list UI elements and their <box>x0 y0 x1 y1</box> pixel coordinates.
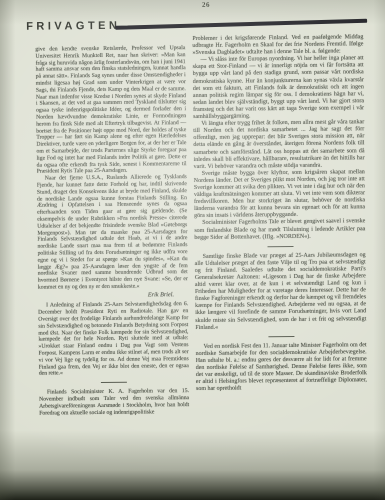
scanned-magazine-page: 26 FRIVAGTEN give den kendte svenske Ret… <box>0 0 385 500</box>
paragraph: Finlands Socialminister K. A. Fagerholm … <box>39 388 189 417</box>
section-divider <box>101 382 127 383</box>
paragraph-quote: — Vi slåss inte för Europas nyordning. V… <box>193 55 365 121</box>
paragraph-continuation: Problemer i det krigsførende Finland. Ve… <box>192 34 363 57</box>
paragraph-quote: Sverige måste bygga över klyftor, som kr… <box>194 169 366 220</box>
paragraph: Samtlige finske Blade var præget af 25-A… <box>195 252 367 332</box>
masthead-rule <box>115 19 367 30</box>
masthead-title: FRIVAGTEN <box>26 20 120 33</box>
left-column: give den kendte svenske Retslærde, Profe… <box>35 45 189 417</box>
paragraph-continuation: give den kendte svenske Retslærde, Profe… <box>35 45 186 176</box>
two-column-text: give den kendte svenske Retslærde, Profe… <box>35 34 367 417</box>
paragraph-quote: Vi längta efter trygg frihet åt folken, … <box>193 119 365 170</box>
author-signature: Erik Briel. <box>38 292 188 300</box>
page-content: 26 FRIVAGTEN give den kendte svenske Ret… <box>0 0 385 500</box>
right-column: Problemer i det krigsførende Finland. Ve… <box>192 34 367 415</box>
paragraph: Socialminister Fagerholms Tale er blevet… <box>194 219 365 242</box>
paragraph: I Anledning af Finlands 25-Aars Selvstæn… <box>38 302 189 378</box>
paragraph: Ved en nordisk Fest den 11. Januar talte… <box>196 342 368 393</box>
page-number: 26 <box>202 1 210 9</box>
section-divider <box>267 246 293 247</box>
paragraph: Naar det fjerne U.S.A., Ruslands Alliere… <box>37 174 188 291</box>
section-divider <box>268 336 294 337</box>
